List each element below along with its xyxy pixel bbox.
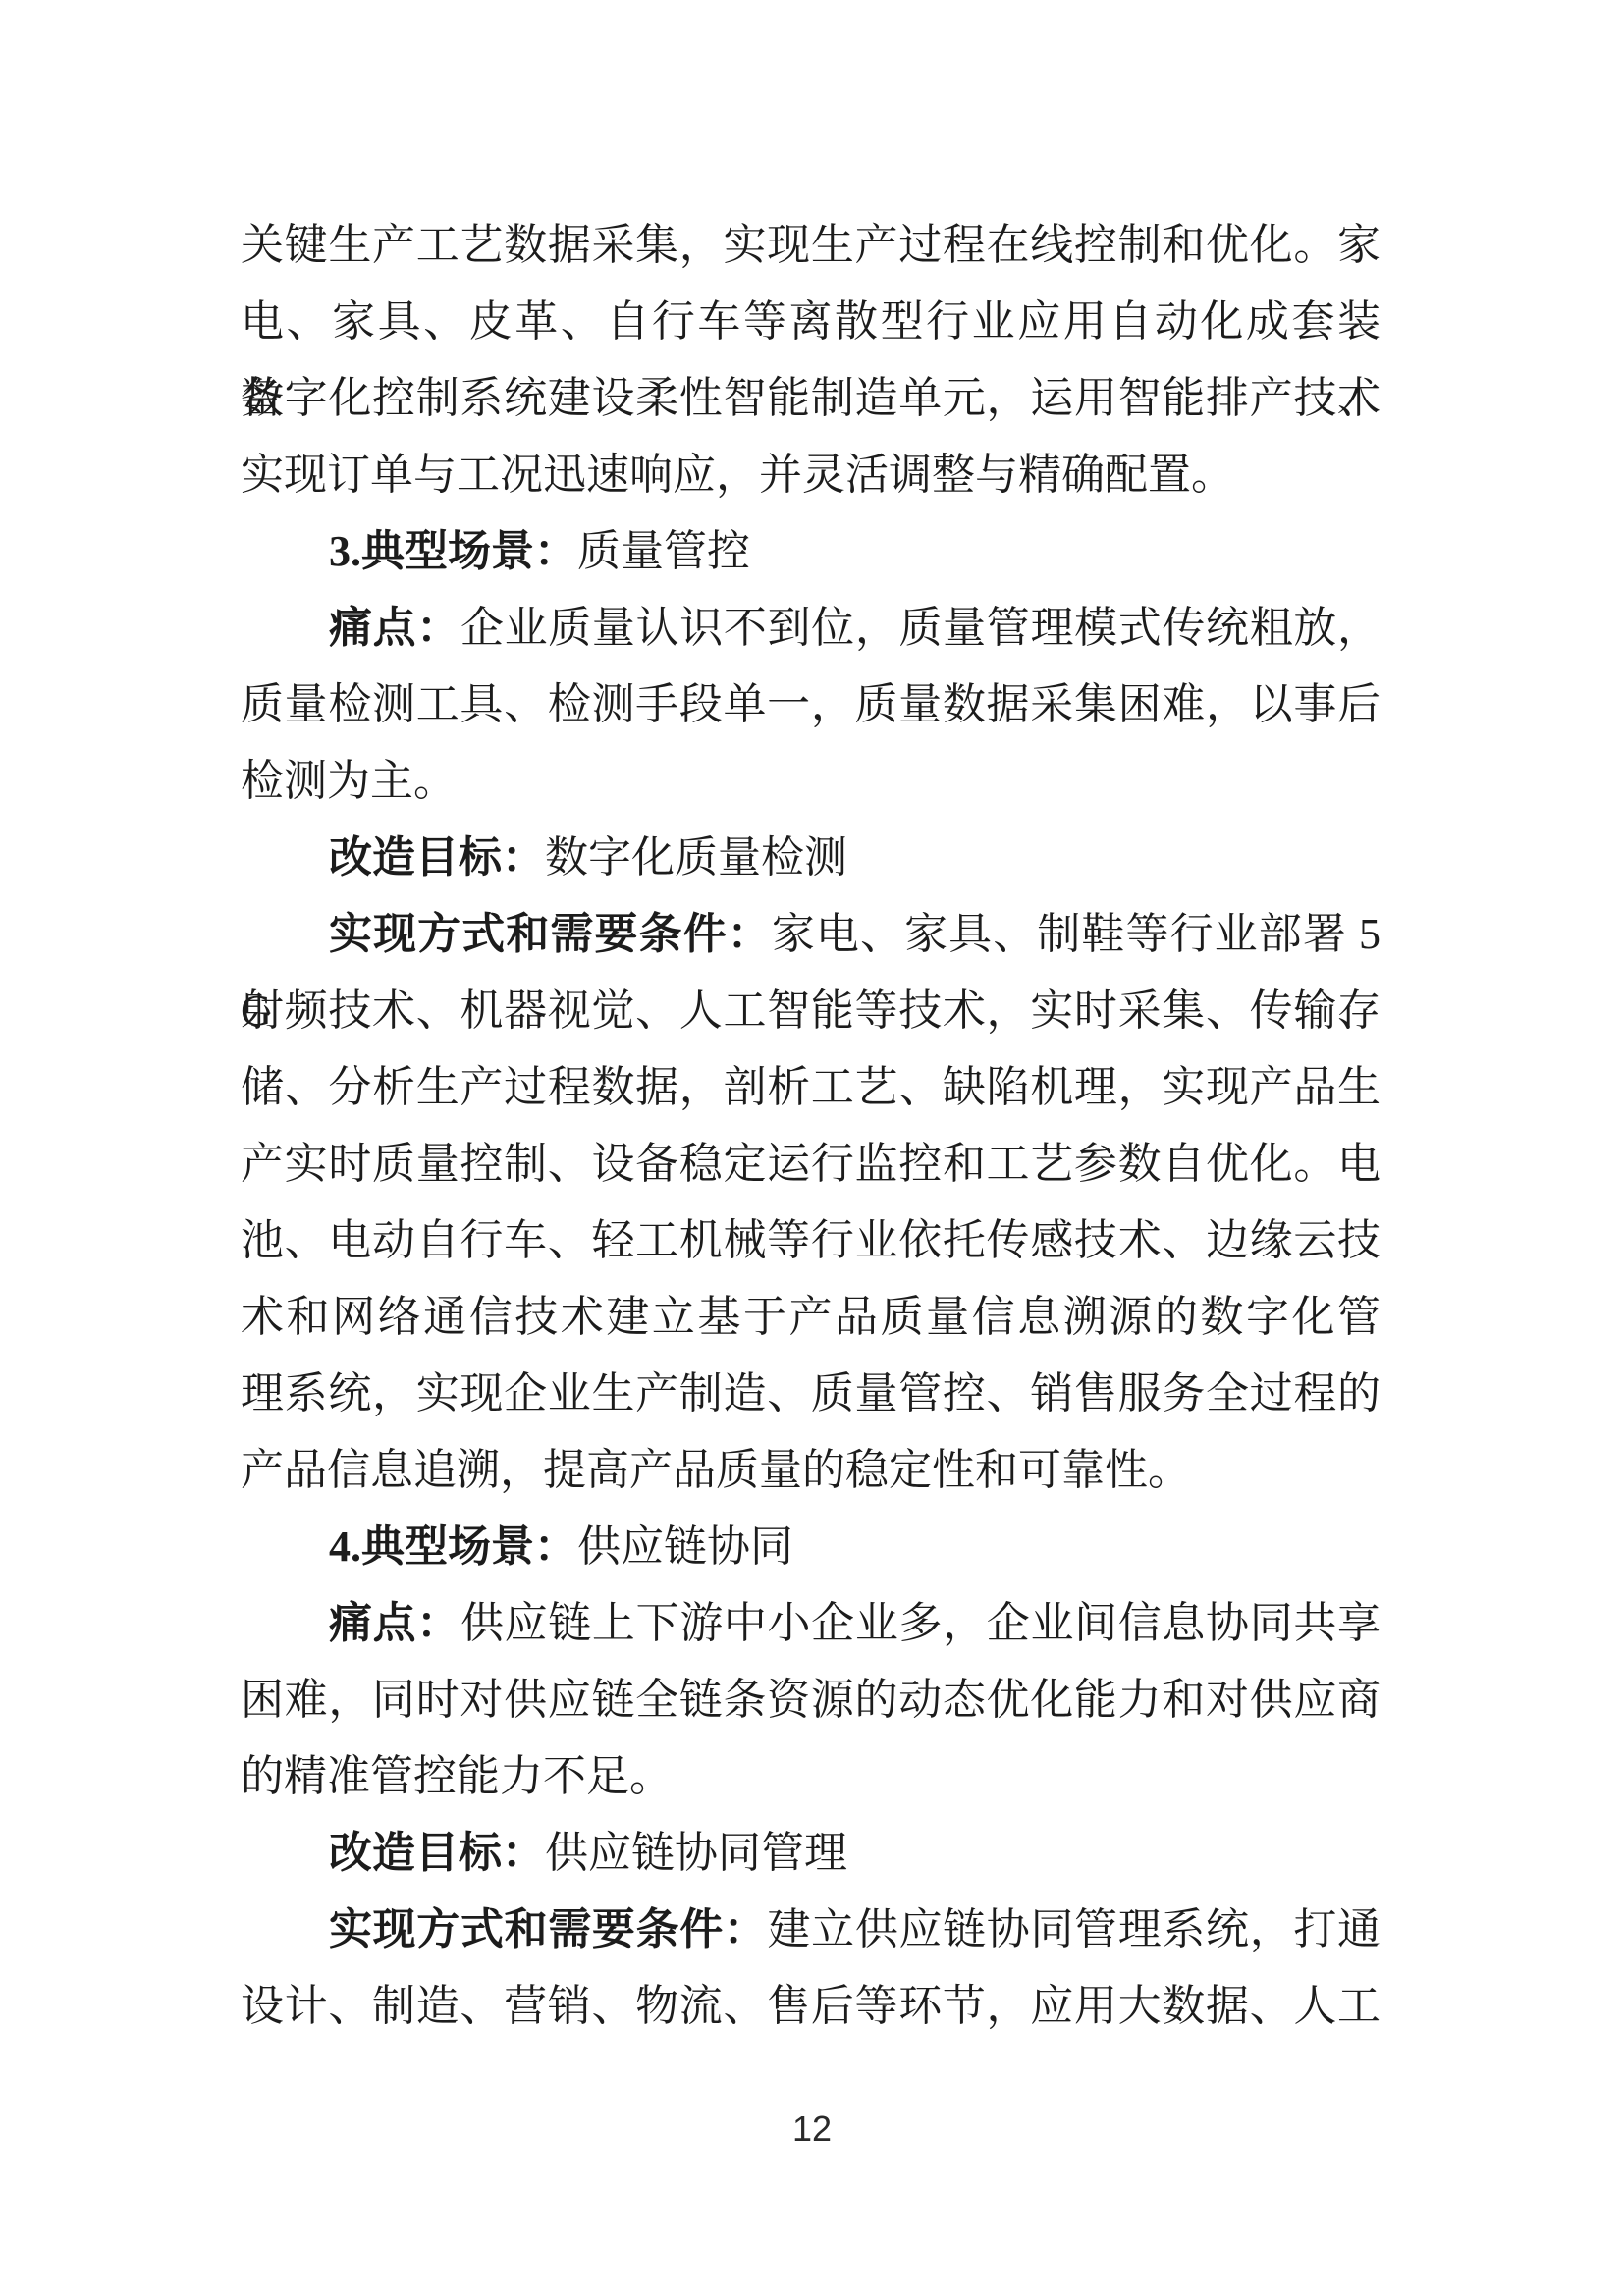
text-segment: 企业质量认识不到位，质量管理模式传统粗放， bbox=[460, 604, 1380, 652]
text-segment: 设计、制造、营销、物流、售后等环节，应用大数据、人工 bbox=[241, 1982, 1380, 2030]
text-segment: 产品信息追溯，提高产品质量的稳定性和可靠性。 bbox=[241, 1446, 1191, 1494]
body-text-line: 实现方式和需要条件：家电、家具、制鞋等行业部署 5G、 bbox=[241, 896, 1380, 973]
body-text-line: 质量检测工具、检测手段单一，质量数据采集困难，以事后 bbox=[241, 667, 1380, 743]
body-text-line: 实现订单与工况迅速响应，并灵活调整与精确配置。 bbox=[241, 437, 1380, 513]
text-segment: 供应链协同 bbox=[577, 1522, 793, 1571]
document-body: 关键生产工艺数据采集，实现生产过程在线控制和优化。家电、家具、皮革、自行车等离散… bbox=[241, 207, 1380, 2045]
body-text-line: 关键生产工艺数据采集，实现生产过程在线控制和优化。家 bbox=[241, 207, 1380, 284]
text-segment: 产实时质量控制、设备稳定运行监控和工艺参数自优化。电 bbox=[241, 1140, 1380, 1188]
lead-in-label: 痛点： bbox=[329, 1599, 460, 1647]
text-segment: 池、电动自行车、轻工机械等行业依托传感技术、边缘云技 bbox=[241, 1216, 1380, 1264]
body-text-line: 产实时质量控制、设备稳定运行监控和工艺参数自优化。电 bbox=[241, 1126, 1380, 1202]
lead-in-label: 实现方式和需要条件： bbox=[329, 910, 772, 958]
text-segment: 关键生产工艺数据采集，实现生产过程在线控制和优化。家 bbox=[241, 221, 1380, 269]
text-segment: 储、分析生产过程数据，剖析工艺、缺陷机理，实现产品生 bbox=[241, 1063, 1380, 1111]
body-text-line: 检测为主。 bbox=[241, 743, 1380, 820]
body-text-line: 池、电动自行车、轻工机械等行业依托传感技术、边缘云技 bbox=[241, 1202, 1380, 1279]
lead-in-label: 改造目标： bbox=[329, 1829, 545, 1877]
body-text-line: 改造目标：数字化质量检测 bbox=[241, 820, 1380, 896]
page-number: 12 bbox=[0, 2109, 1624, 2150]
text-segment: 质量管控 bbox=[577, 527, 750, 575]
lead-in-label: 4.典型场景： bbox=[329, 1522, 577, 1571]
lead-in-label: 痛点： bbox=[329, 604, 460, 652]
body-text-line: 痛点：供应链上下游中小企业多，企业间信息协同共享 bbox=[241, 1585, 1380, 1662]
text-segment: 的精准管控能力不足。 bbox=[241, 1752, 673, 1800]
body-text-line: 改造目标：供应链协同管理 bbox=[241, 1815, 1380, 1892]
text-segment: 质量检测工具、检测手段单一，质量数据采集困难，以事后 bbox=[241, 680, 1380, 728]
text-segment: 术和网络通信技术建立基于产品质量信息溯源的数字化管 bbox=[241, 1293, 1380, 1341]
body-text-line: 实现方式和需要条件：建立供应链协同管理系统，打通 bbox=[241, 1892, 1380, 1968]
text-segment: 实现订单与工况迅速响应，并灵活调整与精确配置。 bbox=[241, 451, 1234, 499]
body-text-line: 储、分析生产过程数据，剖析工艺、缺陷机理，实现产品生 bbox=[241, 1049, 1380, 1126]
lead-in-label: 实现方式和需要条件： bbox=[329, 1905, 768, 1953]
text-segment: 检测为主。 bbox=[241, 757, 457, 805]
body-text-line: 理系统，实现企业生产制造、质量管控、销售服务全过程的 bbox=[241, 1356, 1380, 1432]
text-segment: 供应链上下游中小企业多，企业间信息协同共享 bbox=[460, 1599, 1380, 1647]
body-text-line: 痛点：企业质量认识不到位，质量管理模式传统粗放， bbox=[241, 590, 1380, 667]
text-segment: 困难，同时对供应链全链条资源的动态优化能力和对供应商 bbox=[241, 1676, 1380, 1724]
text-segment: 理系统，实现企业生产制造、质量管控、销售服务全过程的 bbox=[241, 1369, 1380, 1417]
text-segment: 射频技术、机器视觉、人工智能等技术，实时采集、传输存 bbox=[241, 987, 1380, 1035]
section-heading-line: 4.典型场景：供应链协同 bbox=[241, 1509, 1380, 1585]
body-text-line: 射频技术、机器视觉、人工智能等技术，实时采集、传输存 bbox=[241, 973, 1380, 1049]
text-segment: 数字化质量检测 bbox=[545, 833, 847, 881]
body-text-line: 的精准管控能力不足。 bbox=[241, 1738, 1380, 1815]
body-text-line: 设计、制造、营销、物流、售后等环节，应用大数据、人工 bbox=[241, 1968, 1380, 2045]
body-text-line: 困难，同时对供应链全链条资源的动态优化能力和对供应商 bbox=[241, 1662, 1380, 1738]
body-text-line: 术和网络通信技术建立基于产品质量信息溯源的数字化管 bbox=[241, 1279, 1380, 1356]
section-heading-line: 3.典型场景：质量管控 bbox=[241, 513, 1380, 590]
document-page: 关键生产工艺数据采集，实现生产过程在线控制和优化。家电、家具、皮革、自行车等离散… bbox=[0, 0, 1624, 2296]
text-segment: 数字化控制系统建设柔性智能制造单元，运用智能排产技术 bbox=[241, 374, 1380, 422]
text-segment: 建立供应链协同管理系统，打通 bbox=[768, 1905, 1380, 1953]
body-text-line: 数字化控制系统建设柔性智能制造单元，运用智能排产技术 bbox=[241, 360, 1380, 437]
text-segment: 供应链协同管理 bbox=[545, 1829, 847, 1877]
lead-in-label: 改造目标： bbox=[329, 833, 545, 881]
body-text-line: 电、家具、皮革、自行车等离散型行业应用自动化成套装备、 bbox=[241, 284, 1380, 360]
body-text-line: 产品信息追溯，提高产品质量的稳定性和可靠性。 bbox=[241, 1432, 1380, 1509]
lead-in-label: 3.典型场景： bbox=[329, 527, 577, 575]
